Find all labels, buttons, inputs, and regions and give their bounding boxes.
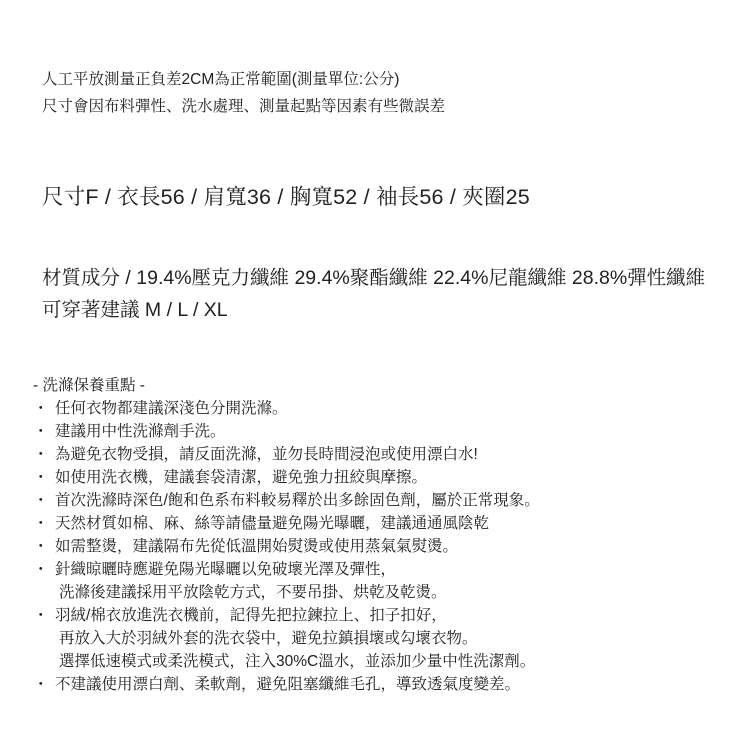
care-item: ・如需整燙，建議隔布先從低溫開始熨燙或使用蒸氣氣熨燙。 [33, 535, 730, 558]
measurement-notice-line-2: 尺寸會因布料彈性、洗水處理、測量起點等因素有些微誤差 [42, 93, 730, 120]
material-composition-line: 材質成分 / 19.4%壓克力纖維 29.4%聚酯纖維 22.4%尼龍纖維 28… [42, 262, 742, 294]
care-item: ・羽絨/棉衣放進洗衣機前，記得先把拉鍊拉上、扣子扣好， [33, 604, 730, 627]
bullet-dot-icon: ・ [33, 443, 55, 466]
bullet-dot-icon: ・ [33, 604, 55, 627]
care-section-title: - 洗滌保養重點 - [33, 374, 730, 397]
care-item-text: 羽絨/棉衣放進洗衣機前，記得先把拉鍊拉上、扣子扣好， [55, 607, 447, 624]
care-item: ・不建議使用漂白劑、柔軟劑，避免阻塞纖維毛孔，導致透氣度變差。 [33, 673, 730, 696]
care-item-continuation: 再放入大於羽絨外套的洗衣袋中，避免拉鎮損壞或勾壞衣物。 [33, 627, 730, 650]
care-item: ・首次洗滌時深色/飽和色系布料較易釋於出多餘固色劑，屬於正常現象。 [33, 489, 730, 512]
care-section: - 洗滌保養重點 - ・任何衣物都建議深淺色分開洗滌。 ・建議用中性洗滌劑手洗。… [33, 374, 730, 696]
care-item-text: 不建議使用漂白劑、柔軟劑，避免阻塞纖維毛孔，導致透氣度變差。 [55, 676, 520, 693]
bullet-dot-icon: ・ [33, 535, 55, 558]
bullet-dot-icon: ・ [33, 673, 55, 696]
material-section: 材質成分 / 19.4%壓克力纖維 29.4%聚酯纖維 22.4%尼龍纖維 28… [42, 262, 742, 326]
care-item-text: 如需整燙，建議隔布先從低溫開始熨燙或使用蒸氣氣熨燙。 [55, 538, 458, 555]
care-item: ・天然材質如棉、麻、絲等請儘量避免陽光曝曬，建議通通風陰乾 [33, 512, 730, 535]
care-item-text: 再放入大於羽絨外套的洗衣袋中，避免拉鎮損壞或勾壞衣物。 [59, 630, 478, 647]
size-spec-line: 尺寸F / 衣長56 / 肩寬36 / 胸寬52 / 袖長56 / 夾圈25 [42, 184, 730, 210]
care-item-text: 針織晾曬時應避免陽光曝曬以免破壞光澤及彈性， [55, 561, 396, 578]
measurement-notice: 人工平放測量正負差2CM為正常範圍(測量單位:公分) 尺寸會因布料彈性、洗水處理… [42, 66, 730, 120]
bullet-dot-icon: ・ [33, 466, 55, 489]
care-item-text: 任何衣物都建議深淺色分開洗滌。 [55, 400, 288, 417]
bullet-dot-icon: ・ [33, 420, 55, 443]
measurement-notice-line-1: 人工平放測量正負差2CM為正常範圍(測量單位:公分) [42, 66, 730, 93]
care-item-text: 選擇低速模式或柔洗模式，注入30%C溫水，並添加少量中性洗潔劑。 [59, 653, 535, 670]
wear-suggestion-line: 可穿著建議 M / L / XL [42, 294, 742, 326]
care-item: ・任何衣物都建議深淺色分開洗滌。 [33, 397, 730, 420]
care-item: ・針織晾曬時應避免陽光曝曬以免破壞光澤及彈性， [33, 558, 730, 581]
bullet-dot-icon: ・ [33, 397, 55, 420]
care-item-text: 首次洗滌時深色/飽和色系布料較易釋於出多餘固色劑，屬於正常現象。 [55, 492, 540, 509]
care-item-text: 天然材質如棉、麻、絲等請儘量避免陽光曝曬，建議通通風陰乾 [55, 515, 489, 532]
care-item-text: 為避免衣物受損，請反面洗滌，並勿長時間浸泡或使用漂白水! [55, 446, 478, 463]
bullet-dot-icon: ・ [33, 558, 55, 581]
care-item-text: 洗滌後建議採用平放陰乾方式，不要吊掛、烘乾及乾燙。 [59, 584, 447, 601]
product-care-info-page: 人工平放測量正負差2CM為正常範圍(測量單位:公分) 尺寸會因布料彈性、洗水處理… [0, 0, 750, 750]
care-item-continuation: 洗滌後建議採用平放陰乾方式，不要吊掛、烘乾及乾燙。 [33, 581, 730, 604]
care-item: ・為避免衣物受損，請反面洗滌，並勿長時間浸泡或使用漂白水! [33, 443, 730, 466]
care-item: ・如使用洗衣機，建議套袋清潔，避免強力扭絞與摩擦。 [33, 466, 730, 489]
care-item-text: 建議用中性洗滌劑手洗。 [55, 423, 226, 440]
care-item-text: 如使用洗衣機，建議套袋清潔，避免強力扭絞與摩擦。 [55, 469, 427, 486]
bullet-dot-icon: ・ [33, 489, 55, 512]
care-item-continuation: 選擇低速模式或柔洗模式，注入30%C溫水，並添加少量中性洗潔劑。 [33, 650, 730, 673]
care-item: ・建議用中性洗滌劑手洗。 [33, 420, 730, 443]
bullet-dot-icon: ・ [33, 512, 55, 535]
